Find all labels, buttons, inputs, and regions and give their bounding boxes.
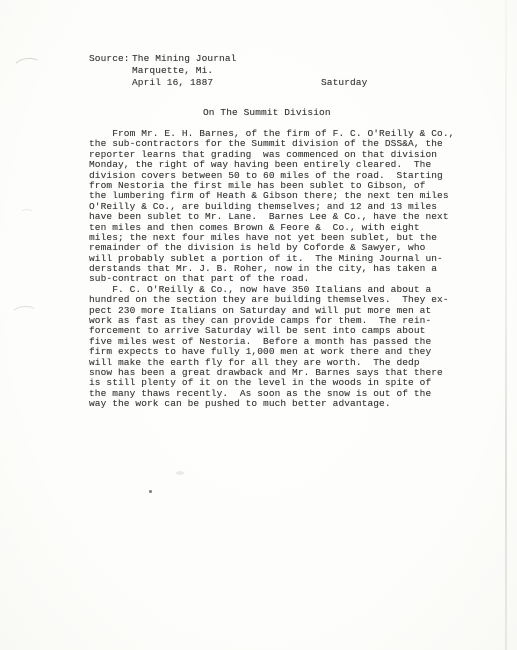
article-body: From Mr. E. H. Barnes, of the firm of F.… — [89, 129, 454, 410]
pencil-mark-top-left — [12, 56, 43, 78]
source-location: Marquette, Mi. — [132, 66, 213, 76]
article-title: On The Summit Division — [203, 108, 331, 118]
source-name: The Mining Journal — [132, 54, 236, 64]
source-label: Source: — [89, 54, 130, 64]
paper-smudge — [176, 471, 184, 475]
ink-dot — [149, 490, 152, 493]
pencil-mark-mid-left — [20, 209, 34, 219]
source-date: April 16, 1887 — [132, 78, 213, 88]
article-line: way the work can be pushed to much bette… — [89, 399, 454, 409]
article-line: have been sublet to Mr. Lane. Barnes Lee… — [89, 212, 454, 222]
weekday: Saturday — [321, 78, 367, 88]
article-line: Monday, the right of way having been ent… — [89, 160, 454, 170]
scan-edge-line — [505, 0, 507, 650]
scanned-document-page: Source: The Mining Journal Marquette, Mi… — [0, 0, 517, 650]
pencil-mark-lower-left — [10, 305, 38, 323]
